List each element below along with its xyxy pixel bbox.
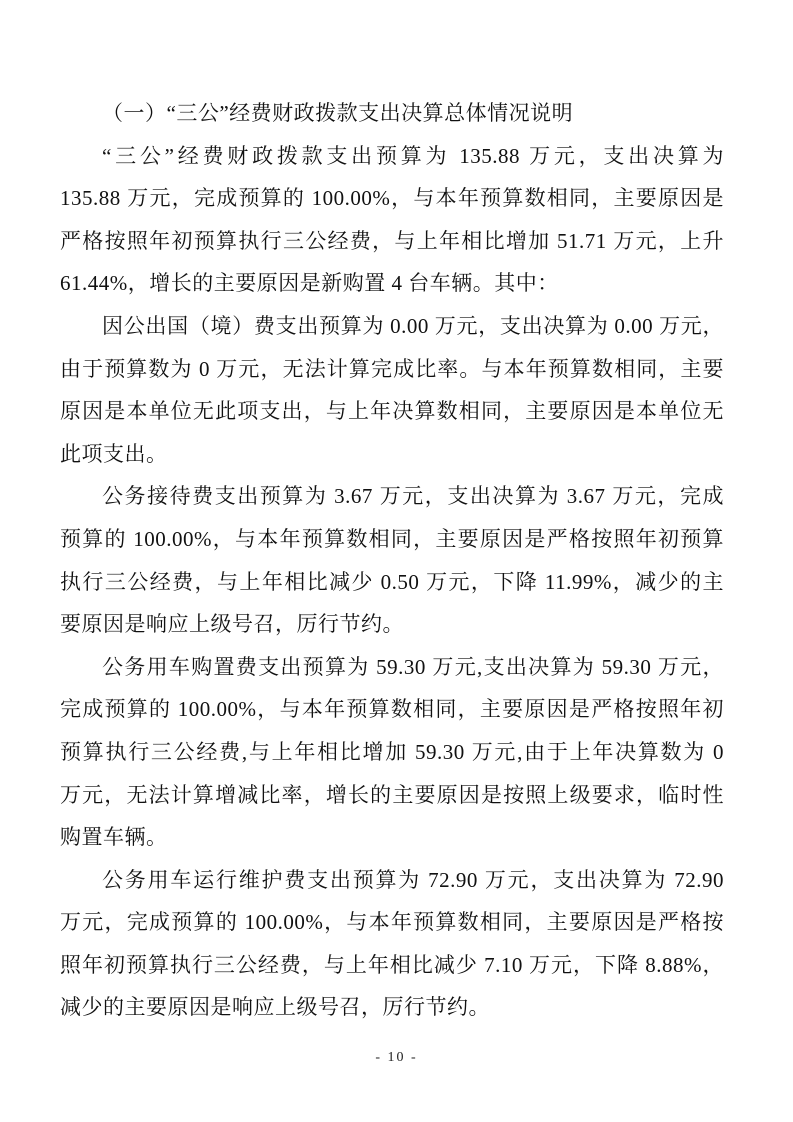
text-line: 公务接待费支出预算为 3.67 万元，支出决算为 3.67 万元，完成 bbox=[60, 475, 724, 518]
text-line: “三公”经费财政拨款支出预算为 135.88 万元，支出决算为 bbox=[60, 135, 724, 178]
text-line: 由于预算数为 0 万元，无法计算完成比率。与本年预算数相同，主要 bbox=[60, 348, 724, 391]
paragraph-vehicle-maintenance: 公务用车运行维护费支出预算为 72.90 万元，支出决算为 72.90 万元，完… bbox=[60, 859, 724, 1029]
paragraph-abroad-expense: 因公出国（境）费支出预算为 0.00 万元，支出决算为 0.00 万元， 由于预… bbox=[60, 305, 724, 475]
document-page: （一）“三公”经费财政拨款支出决算总体情况说明 “三公”经费财政拨款支出预算为 … bbox=[0, 0, 793, 1122]
section-heading: （一）“三公”经费财政拨款支出决算总体情况说明 bbox=[60, 92, 724, 135]
text-line: 公务用车运行维护费支出预算为 72.90 万元，支出决算为 72.90 bbox=[60, 859, 724, 902]
text-line: 此项支出。 bbox=[60, 433, 724, 476]
page-number: - 10 - bbox=[375, 1050, 417, 1065]
paragraph-vehicle-purchase: 公务用车购置费支出预算为 59.30 万元,支出决算为 59.30 万元， 完成… bbox=[60, 646, 724, 859]
text-line: 因公出国（境）费支出预算为 0.00 万元，支出决算为 0.00 万元， bbox=[60, 305, 724, 348]
text-line: 执行三公经费，与上年相比减少 0.50 万元，下降 11.99%，减少的主 bbox=[60, 561, 724, 604]
text-line: 预算执行三公经费,与上年相比增加 59.30 万元,由于上年决算数为 0 bbox=[60, 731, 724, 774]
text-line: 万元，无法计算增减比率，增长的主要原因是按照上级要求，临时性 bbox=[60, 774, 724, 817]
text-line: 照年初预算执行三公经费，与上年相比减少 7.10 万元，下降 8.88%， bbox=[60, 944, 724, 987]
text-line: 购置车辆。 bbox=[60, 816, 724, 859]
text-line: 原因是本单位无此项支出，与上年决算数相同，主要原因是本单位无 bbox=[60, 390, 724, 433]
text-line: 61.44%，增长的主要原因是新购置 4 台车辆。其中： bbox=[60, 262, 724, 305]
text-line: 严格按照年初预算执行三公经费，与上年相比增加 51.71 万元，上升 bbox=[60, 220, 724, 263]
text-line: 完成预算的 100.00%，与本年预算数相同，主要原因是严格按照年初 bbox=[60, 688, 724, 731]
text-line: 135.88 万元，完成预算的 100.00%，与本年预算数相同，主要原因是 bbox=[60, 177, 724, 220]
text-line: 预算的 100.00%，与本年预算数相同，主要原因是严格按照年初预算 bbox=[60, 518, 724, 561]
text-line: 公务用车购置费支出预算为 59.30 万元,支出决算为 59.30 万元， bbox=[60, 646, 724, 689]
page-footer: - 10 - bbox=[0, 1048, 793, 1066]
paragraph-overall: “三公”经费财政拨款支出预算为 135.88 万元，支出决算为 135.88 万… bbox=[60, 135, 724, 305]
document-body: （一）“三公”经费财政拨款支出决算总体情况说明 “三公”经费财政拨款支出预算为 … bbox=[60, 92, 724, 1029]
text-line: 万元，完成预算的 100.00%，与本年预算数相同，主要原因是严格按 bbox=[60, 901, 724, 944]
text-line: 要原因是响应上级号召，厉行节约。 bbox=[60, 603, 724, 646]
paragraph-reception-expense: 公务接待费支出预算为 3.67 万元，支出决算为 3.67 万元，完成 预算的 … bbox=[60, 475, 724, 645]
text-line: 减少的主要原因是响应上级号召，厉行节约。 bbox=[60, 986, 724, 1029]
